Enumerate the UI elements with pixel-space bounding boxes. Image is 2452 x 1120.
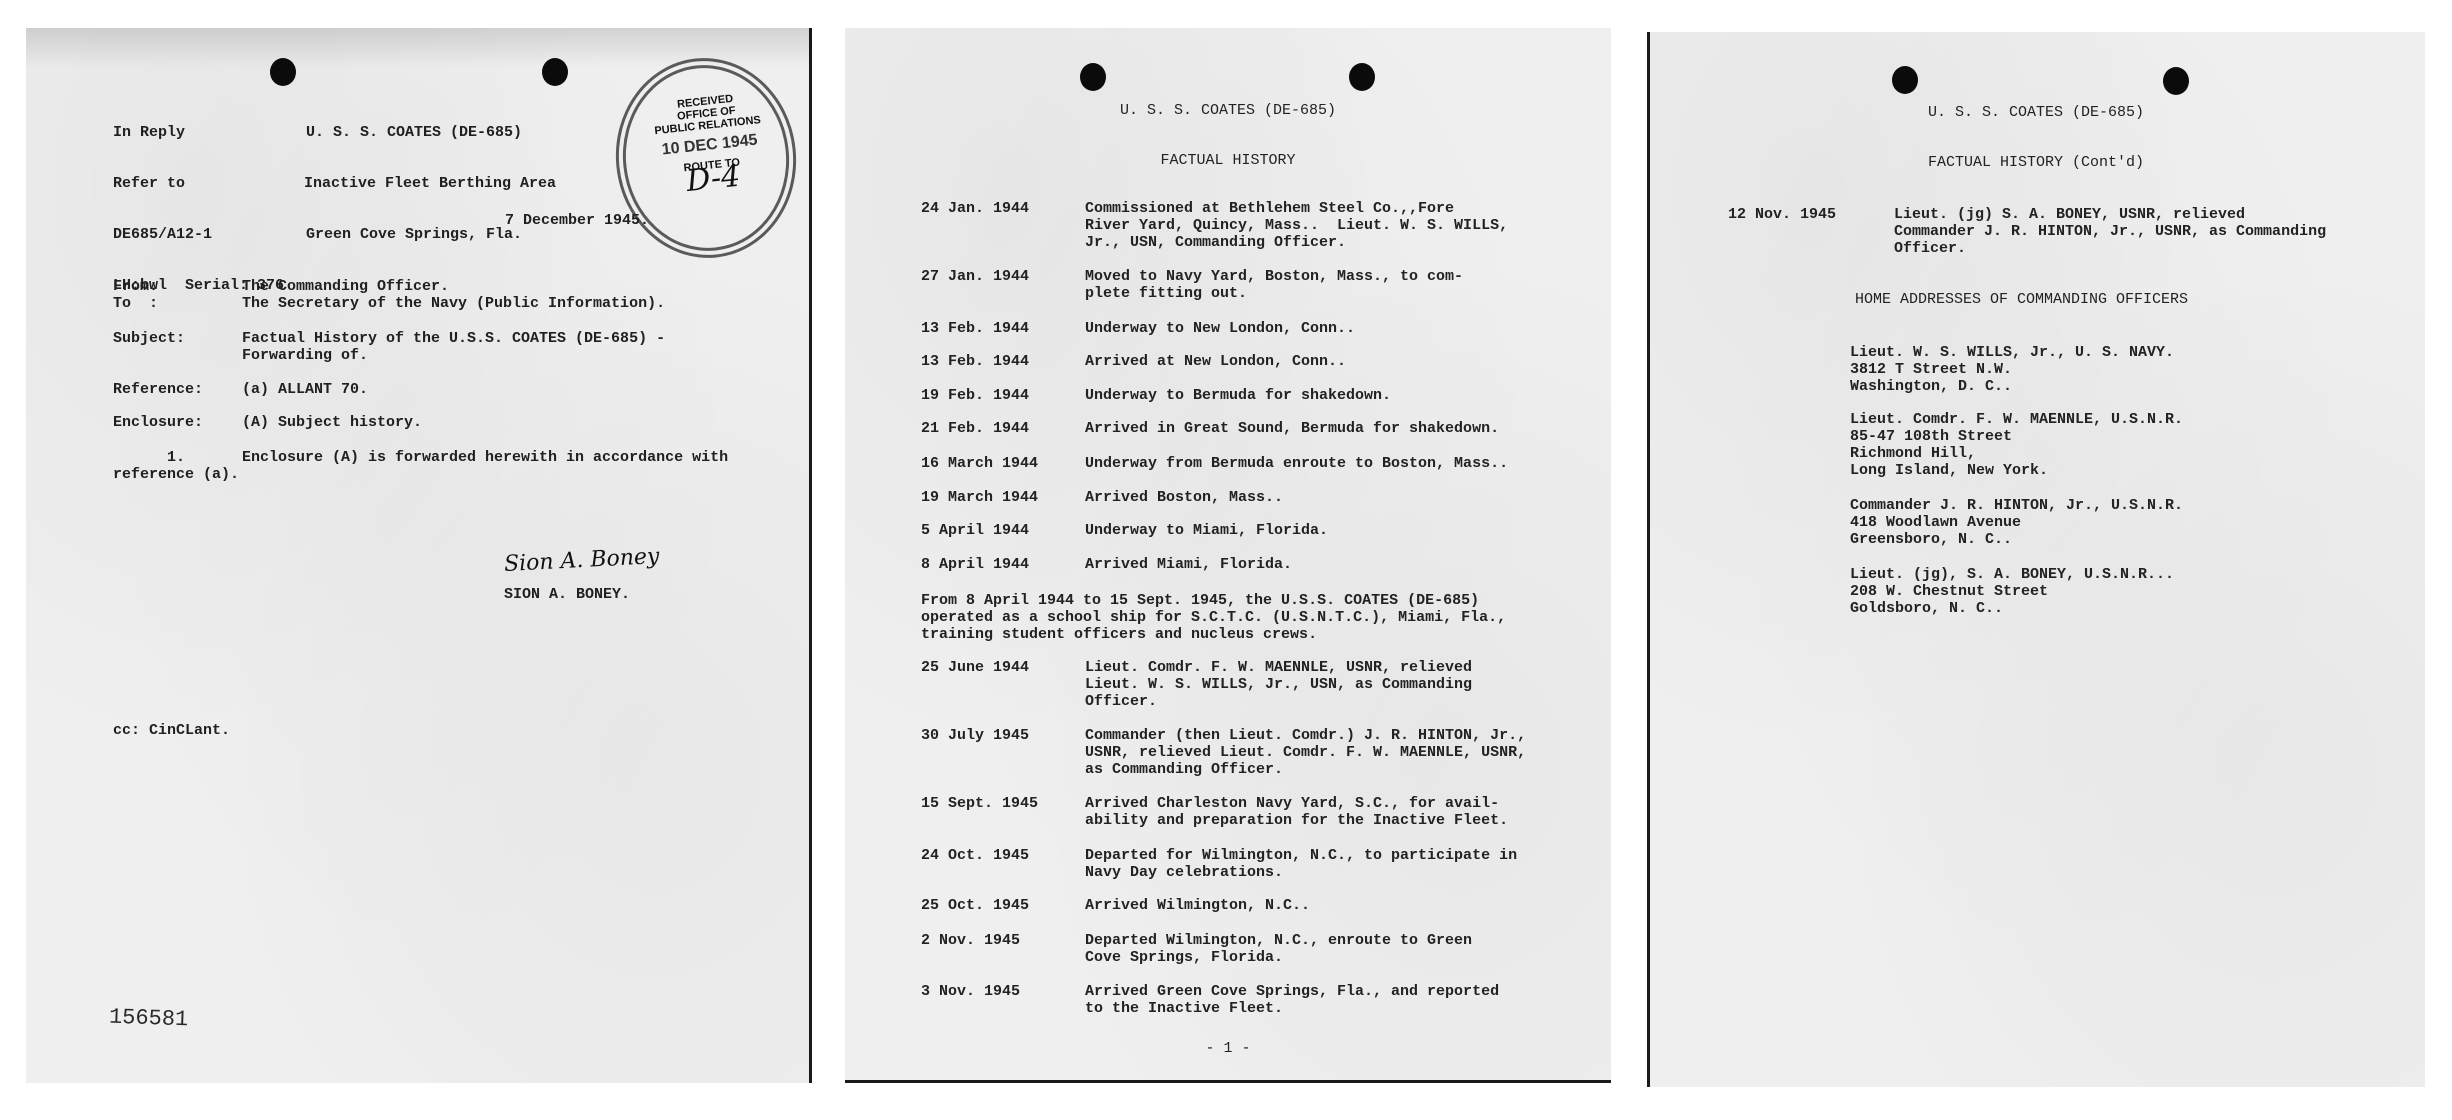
entry-text: Commander (then Lieut. Comdr.) J. R. HIN… <box>1085 727 1526 778</box>
entry-date: 12 Nov. 1945 <box>1728 206 1836 223</box>
punch-hole-icon <box>1349 63 1375 91</box>
entry-text: Commissioned at Bethlehem Steel Co.,,For… <box>1085 200 1508 251</box>
entry-date: 25 June 1944 <box>921 659 1029 676</box>
punch-hole-icon <box>2163 67 2189 95</box>
letterhead-ship: U. S. S. COATES (DE-685) <box>304 124 524 141</box>
enclosure-value: (A) Subject history. <box>242 414 422 431</box>
to-value: The Secretary of the Navy (Public Inform… <box>242 295 665 312</box>
punch-hole-icon <box>1892 66 1918 94</box>
factual-history-continued-page: U. S. S. COATES (DE-685) FACTUAL HISTORY… <box>1647 32 2425 1087</box>
received-stamp: RECEIVED OFFICE OF PUBLIC RELATIONS 10 D… <box>606 49 806 267</box>
address-block: Lieut. W. S. WILLS, Jr., U. S. NAVY. 381… <box>1850 344 2174 395</box>
entry-text: Arrived Wilmington, N.C.. <box>1085 897 1310 914</box>
entry-date: 24 Oct. 1945 <box>921 847 1029 864</box>
history-subtitle: FACTUAL HISTORY <box>845 152 1611 169</box>
entry-text: Arrived Boston, Mass.. <box>1085 489 1283 506</box>
entry-date: 24 Jan. 1944 <box>921 200 1029 217</box>
entry-date: 15 Sept. 1945 <box>921 795 1038 812</box>
carbon-copy: cc: CinCLant. <box>113 722 230 739</box>
entry-text: Arrived Charleston Navy Yard, S.C., for … <box>1085 795 1508 829</box>
entry-date: 16 March 1944 <box>921 455 1038 472</box>
entry-date: 2 Nov. 1945 <box>921 932 1020 949</box>
from-label: From: <box>113 278 158 295</box>
entry-text: Underway to Miami, Florida. <box>1085 522 1328 539</box>
entry-date: 19 March 1944 <box>921 489 1038 506</box>
punch-hole-icon <box>270 58 296 86</box>
letterhead-location: Green Cove Springs, Fla. <box>304 226 524 243</box>
letterhead: U. S. S. COATES (DE-685) Inactive Fleet … <box>304 90 524 277</box>
factual-history-page: U. S. S. COATES (DE-685) FACTUAL HISTORY… <box>845 28 1611 1083</box>
continued-subtitle: FACTUAL HISTORY (Cont'd) <box>1647 154 2425 171</box>
entry-text: Underway to New London, Conn.. <box>1085 320 1355 337</box>
entry-date: 19 Feb. 1944 <box>921 387 1029 404</box>
entry-date: 21 Feb. 1944 <box>921 420 1029 437</box>
entry-text: Arrived Green Cove Springs, Fla., and re… <box>1085 983 1499 1017</box>
school-ship-paragraph: From 8 April 1944 to 15 Sept. 1945, the … <box>921 592 1506 643</box>
from-value: The Commanding Officer. <box>242 278 449 295</box>
entry-date: 8 April 1944 <box>921 556 1029 573</box>
entry-text: Lieut. Comdr. F. W. MAENNLE, USNR, relie… <box>1085 659 1472 710</box>
entry-text: Departed for Wilmington, N.C., to partic… <box>1085 847 1517 881</box>
history-title: U. S. S. COATES (DE-685) <box>845 102 1611 119</box>
cover-letter-page: In Reply Refer to DE685/A12-1 LH:bwl Ser… <box>26 28 812 1083</box>
entry-date: 5 April 1944 <box>921 522 1029 539</box>
address-block: Commander J. R. HINTON, Jr., U.S.N.R. 41… <box>1850 497 2183 548</box>
punch-hole-icon <box>1080 63 1106 91</box>
letterhead-area: Inactive Fleet Berthing Area <box>304 175 524 192</box>
entry-date: 3 Nov. 1945 <box>921 983 1020 1000</box>
entry-text: Moved to Navy Yard, Boston, Mass., to co… <box>1085 268 1463 302</box>
entry-text: Lieut. (jg) S. A. BONEY, USNR, relieved … <box>1894 206 2326 257</box>
reference-label: Reference: <box>113 381 203 398</box>
stamp-date: 10 DEC 1945 <box>654 134 765 157</box>
paragraph-number: 1. <box>167 449 185 466</box>
continued-title: U. S. S. COATES (DE-685) <box>1647 104 2425 121</box>
entry-text: Arrived at New London, Conn.. <box>1085 353 1346 370</box>
entry-text: Departed Wilmington, N.C., enroute to Gr… <box>1085 932 1472 966</box>
address-block: Lieut. Comdr. F. W. MAENNLE, U.S.N.R. 85… <box>1850 411 2183 479</box>
page-number: - 1 - <box>845 1040 1611 1057</box>
handwritten-signature: Sion A. Boney <box>503 544 660 577</box>
subject-label: Subject: <box>113 330 185 347</box>
address-block: Lieut. (jg), S. A. BONEY, U.S.N.R... 208… <box>1850 566 2174 617</box>
entry-text: Underway from Bermuda enroute to Boston,… <box>1085 455 1508 472</box>
punch-hole-icon <box>542 58 568 86</box>
to-label: To : <box>113 295 158 312</box>
letter-date: 7 December 1945. <box>505 212 649 229</box>
entry-date: 27 Jan. 1944 <box>921 268 1029 285</box>
reply-line: DE685/A12-1 <box>113 226 284 243</box>
typed-signature: SION A. BONEY. <box>504 586 630 603</box>
reply-line: Refer to <box>113 175 284 192</box>
entry-text: Arrived in Great Sound, Bermuda for shak… <box>1085 420 1499 437</box>
entry-date: 30 July 1945 <box>921 727 1029 744</box>
entry-text: Underway to Bermuda for shakedown. <box>1085 387 1391 404</box>
entry-date: 13 Feb. 1944 <box>921 353 1029 370</box>
entry-date: 25 Oct. 1945 <box>921 897 1029 914</box>
document-number: 156581 <box>109 1005 189 1033</box>
entry-text: Arrived Miami, Florida. <box>1085 556 1292 573</box>
addresses-heading: HOME ADDRESSES OF COMMANDING OFFICERS <box>1855 291 2188 308</box>
enclosure-label: Enclosure: <box>113 414 203 431</box>
paragraph-text-continued: reference (a). <box>113 466 239 483</box>
entry-date: 13 Feb. 1944 <box>921 320 1029 337</box>
reply-line: In Reply <box>113 124 284 141</box>
subject-value: Factual History of the U.S.S. COATES (DE… <box>242 330 665 364</box>
reference-value: (a) ALLANT 70. <box>242 381 368 398</box>
paragraph-text: Enclosure (A) is forwarded herewith in a… <box>242 449 728 466</box>
